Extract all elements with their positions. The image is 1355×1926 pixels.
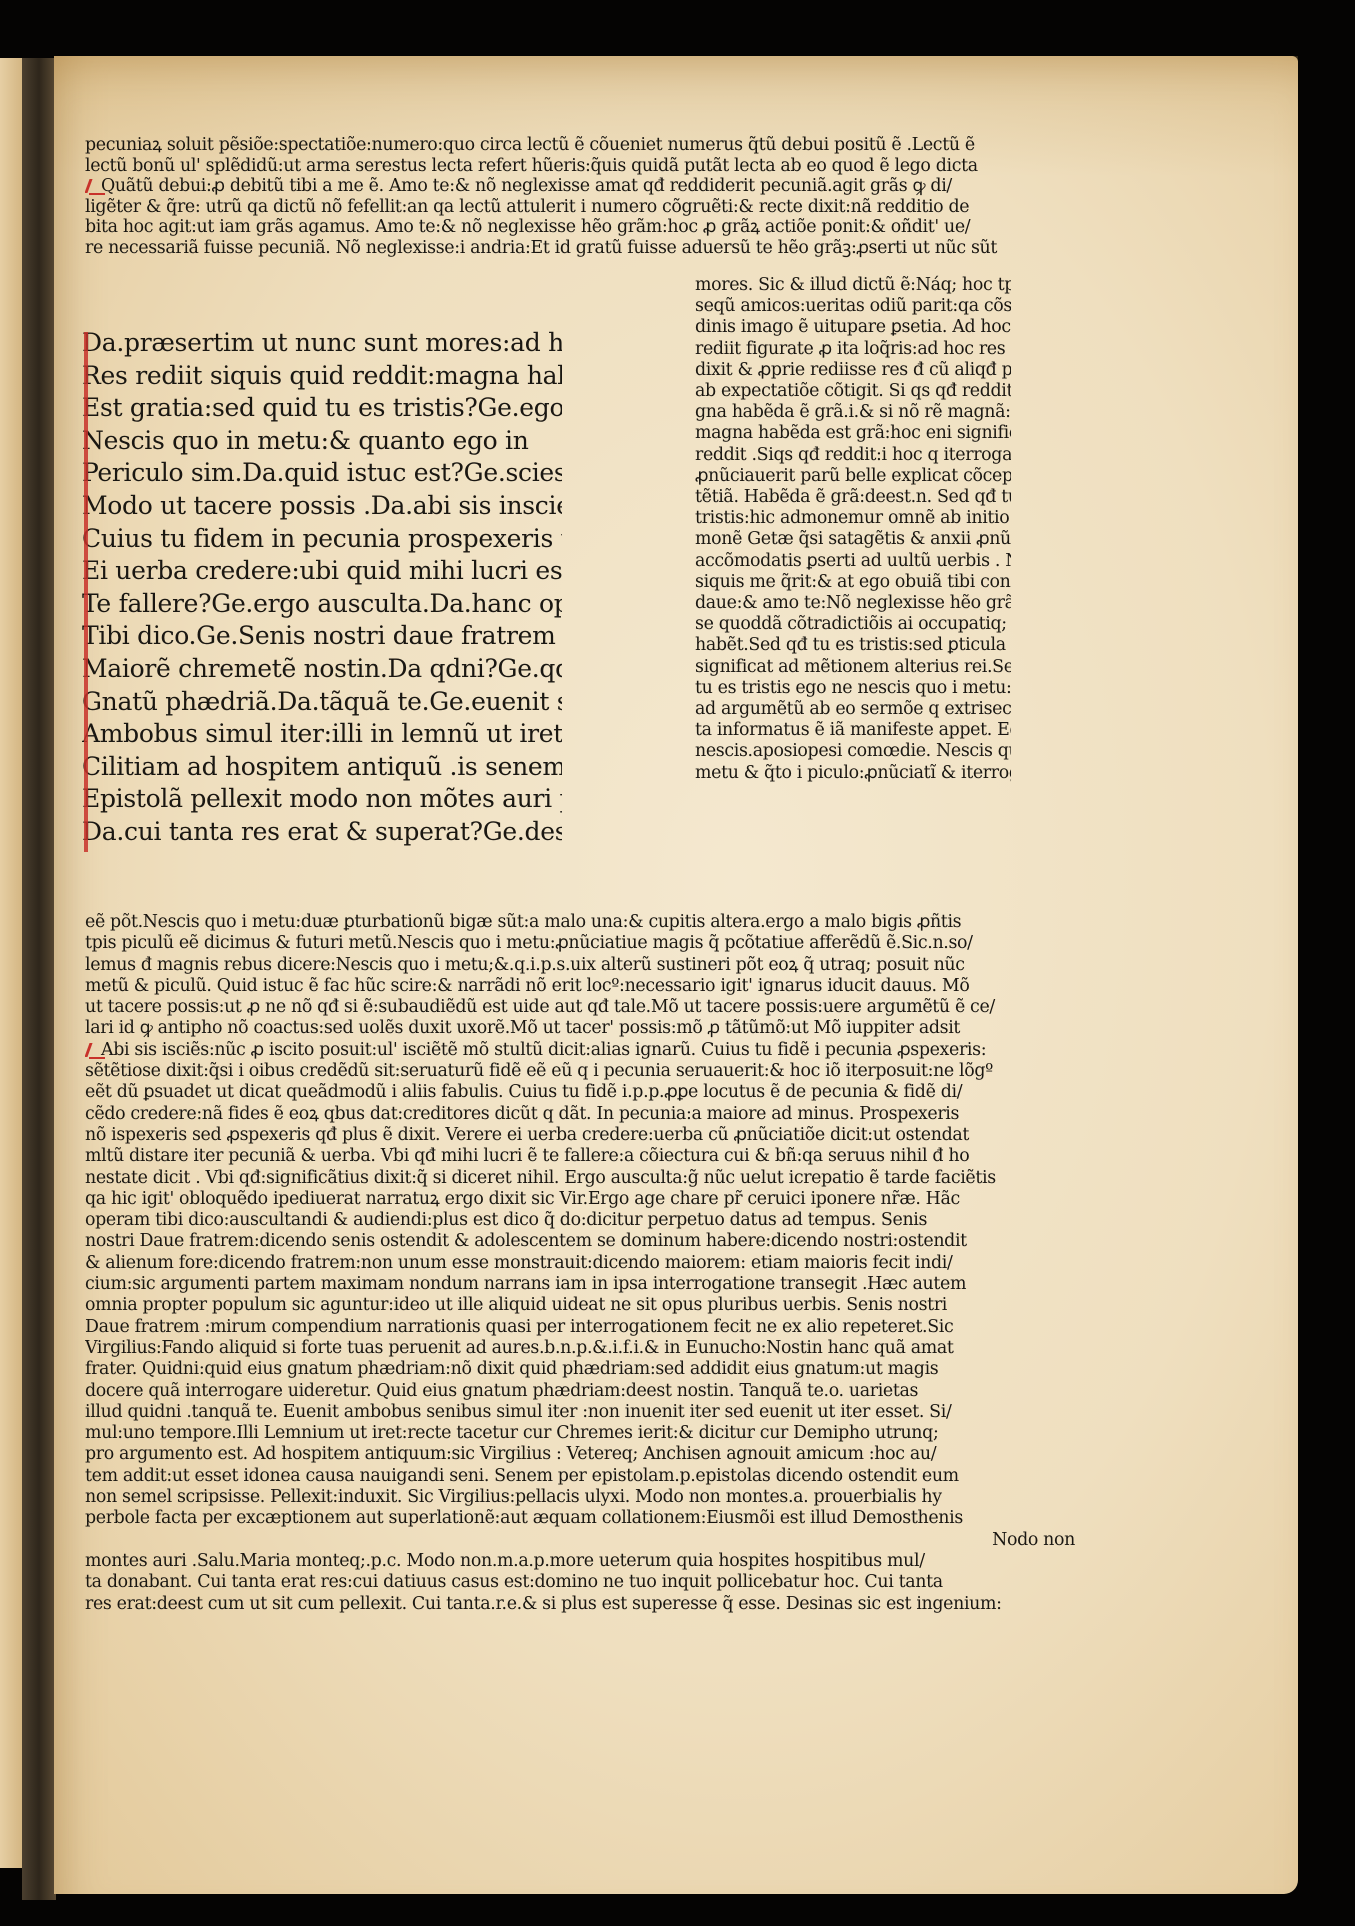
commentary-line: habẽt.Sed qđ tu es tristis:sed ꝑticula t…	[511, 635, 1011, 656]
commentary-line: ad argumẽtũ ab eo sermõe q extrisecº a p…	[511, 699, 1011, 720]
commentary-line: ꝓnũciauerit parũ belle explicat cõceptã …	[511, 466, 1011, 487]
verse-line: Res rediit siquis quid reddit:magna habe…	[82, 360, 562, 393]
verse-line: Periculo sim.Da.quid istuc est?Ge.scies	[82, 457, 562, 490]
commentary-line: perbole facta per excæptionem aut superl…	[85, 1508, 1085, 1529]
commentary-line: ligẽter & q̃re: utrũ qa dictũ nõ fefelli…	[85, 197, 1085, 218]
commentary-line: lectũ bonũ ul' splẽdidũ:ut arma serestus…	[85, 156, 1085, 177]
verse-line: Ambobus simul iter:illi in lemnũ ut iret…	[82, 718, 562, 751]
commentary-line: tpis piculũ eẽ dicimus & futuri metũ.Nes…	[85, 933, 1085, 954]
verse-line: Ei uerba credere:ubi quid mihi lucri est	[82, 555, 562, 588]
commentary-line: omnia propter populum sic aguntur:ideo u…	[85, 1295, 1085, 1316]
commentary-line: bita hoc agit:ut iam grãs agamus. Amo te…	[85, 217, 1085, 238]
commentary-line: metu & q̃to i piculo:ꝓnũciatĩ & iterroga…	[511, 763, 1011, 784]
commentary-line: se quoddã cõtradictiõis ai occupatiq; si…	[511, 614, 1011, 635]
commentary-line: lari id ꝙ antipho nõ coactus:sed uolẽs d…	[85, 1018, 1085, 1039]
verse-line: Epistolã pellexit modo non mõtes auri po…	[82, 783, 562, 816]
commentary-line: docere quã interrogare uideretur. Quid e…	[85, 1381, 1085, 1402]
commentary-right-column: mores. Sic & illud dictũ ẽ:Náq; hoc tpe …	[511, 275, 1011, 784]
commentary-line: nescis.aposiopesi comœdie. Nescis quo i	[511, 741, 1011, 762]
play-text-verse: Da.præsertim ut nunc sunt mores:ad hoc R…	[82, 327, 562, 849]
commentary-line: magna habẽda est grã:hoc eni significat …	[511, 423, 1011, 444]
commentary-line: siquis me q̃rit:& at ego obuiã tibi cona…	[511, 572, 1011, 593]
paragraph-mark-icon	[85, 179, 101, 193]
verse-line: Modo ut tacere possis .Da.abi sis inscie…	[82, 490, 562, 523]
commentary-line: nestate dicit . Vbi qđ:significãtius dix…	[85, 1168, 1085, 1189]
commentary-line: accõmodatis ꝑserti ad uultũ uerbis . Nã …	[511, 551, 1011, 572]
commentary-line: tem addit:ut esset idonea causa nauigand…	[85, 1466, 1085, 1487]
verse-line: Da.cui tanta res erat & superat?Ge.desin…	[82, 816, 562, 849]
commentary-line: frater. Quidni:quid eius gnatum phædriam…	[85, 1359, 1085, 1380]
commentary-line: Nodo non	[85, 1530, 1085, 1551]
commentary-line: Quãtũ debui:ꝓ debitũ tibi a me ẽ. Amo te…	[85, 176, 1085, 197]
commentary-line: mores. Sic & illud dictũ ẽ:Náq; hoc tpe …	[511, 275, 1011, 296]
commentary-line: gna habẽda ẽ grã.i.& si nõ rẽ magnã:tamẽ	[511, 402, 1011, 423]
verse-line: Nescis quo in metu:& quanto ego in	[82, 425, 562, 458]
commentary-line: pro argumento est. Ad hospitem antiquum:…	[85, 1444, 1085, 1465]
verse-line: Cuius tu fidem in pecunia prospexeris ue…	[82, 523, 562, 556]
commentary-line: dinis imago ẽ uitupare ꝑsetia. Ad hoc re…	[511, 317, 1011, 338]
binding-gutter	[22, 58, 56, 1900]
commentary-line: re necessariã fuisse pecuniã. Nõ neglexi…	[85, 238, 1085, 259]
commentary-line: ab expectatiõe cõtigit. Si qs qđ reddit …	[511, 381, 1011, 402]
verse-line: Tibi dico.Ge.Senis nostri daue fratrem	[82, 620, 562, 653]
commentary-line: qa hic igit' obloquẽdo ipediuerat narrat…	[85, 1189, 1085, 1210]
commentary-line: rediit figurate ꝓ ita loq̃ris:ad hoc res…	[511, 339, 1011, 360]
commentary-line: res erat:deest cum ut sit cum pellexit. …	[85, 1594, 1085, 1615]
commentary-line: seqũ amicos:ueritas odiũ parit:qa cõsuet…	[511, 296, 1011, 317]
commentary-line: eẽ põt.Nescis quo i metu:duæ ꝑturbationũ…	[85, 912, 1085, 933]
commentary-top: pecuniaꝝ soluit pẽsiõe:spectatiõe:numero…	[85, 135, 1085, 258]
commentary-line: Virgilius:Fando aliquid si forte tuas pe…	[85, 1338, 1085, 1359]
commentary-line: illud quidni .tanquã te. Euenit ambobus …	[85, 1402, 1085, 1423]
commentary-line: nostri Daue fratrem:dicendo senis ostend…	[85, 1231, 1085, 1252]
verse-line: Est gratia:sed quid tu es tristis?Ge.ego…	[82, 392, 562, 425]
commentary-line: Daue fratrem :mirum compendium narration…	[85, 1317, 1085, 1338]
commentary-line: pecuniaꝝ soluit pẽsiõe:spectatiõe:numero…	[85, 135, 1085, 156]
commentary-line: tẽtiã. Habẽda ẽ grã:deest.n. Sed qđ tu e…	[511, 487, 1011, 508]
commentary-line: mul:uno tempore.Illi Lemnium ut iret:rec…	[85, 1423, 1085, 1444]
commentary-line: operam tibi dico:auscultandi & audiendi:…	[85, 1210, 1085, 1231]
commentary-line: lemus đ magnis rebus dicere:Nescis quo i…	[85, 955, 1085, 976]
commentary-bottom: eẽ põt.Nescis quo i metu:duæ ꝑturbationũ…	[85, 912, 1085, 1615]
commentary-line: tristis:hic admonemur omnẽ ab initio ser…	[511, 508, 1011, 529]
commentary-line: non semel scripsisse. Pellexit:induxit. …	[85, 1487, 1085, 1508]
verse-line: Gnatũ phædriã.Da.tãquã te.Ge.euenit seni…	[82, 686, 562, 719]
commentary-line: & alienum fore:dicendo fratrem:non unum …	[85, 1253, 1085, 1274]
commentary-line: eẽt dũ ꝑsuadet ut dicat queãdmodũ i alii…	[85, 1082, 1085, 1103]
commentary-line: ut tacere possis:ut ꝓ ne nõ qđ si ẽ:suba…	[85, 997, 1085, 1018]
commentary-line: reddit .Siqs qđ reddit:i hoc q iterrogat…	[511, 445, 1011, 466]
facing-page-edge	[0, 58, 22, 1868]
verse-line: Cilitiam ad hospitem antiquũ .is senem p…	[82, 751, 562, 784]
verse-line: Te fallere?Ge.ergo ausculta.Da.hanc oper…	[82, 588, 562, 621]
commentary-line: daue:& amo te:Nõ neglexisse hẽo grãm:in	[511, 593, 1011, 614]
verse-line: Da.præsertim ut nunc sunt mores:ad hoc	[82, 327, 562, 360]
commentary-line: nõ ispexeris sed ꝓspexeris qđ plus ẽ dix…	[85, 1125, 1085, 1146]
commentary-line: monẽ Getæ q̃si satagẽtis & anxii ꝓnũciar…	[511, 529, 1011, 550]
verse-line: Maiorẽ chremetẽ nostin.Da qdni?Ge.qd?eiu…	[82, 653, 562, 686]
commentary-line: tu es tristis ego ne nescis quo i metu:d…	[511, 678, 1011, 699]
commentary-line: ta informatus ẽ iã manifeste appet. Ego …	[511, 720, 1011, 741]
rubrication-initial-stroke	[84, 332, 88, 852]
paragraph-mark-icon	[85, 1043, 101, 1057]
commentary-line: cẽdo credere:nã fides ẽ eoꝝ qbus dat:cre…	[85, 1104, 1085, 1125]
commentary-line: dixit & ꝓprie rediisse res đ cũ aliqđ pe…	[511, 360, 1011, 381]
commentary-line: significat ad mẽtionem alterius rei.Sed …	[511, 657, 1011, 678]
commentary-line: ta donabant. Cui tanta erat res:cui dati…	[85, 1572, 1085, 1593]
commentary-line: mltũ distare iter pecuniã & uerba. Vbi q…	[85, 1146, 1085, 1167]
commentary-line: cium:sic argumenti partem maximam nondum…	[85, 1274, 1085, 1295]
commentary-line: sẽtẽtiose dixit:q̃si i oibus credẽdũ sit…	[85, 1061, 1085, 1082]
commentary-line: montes auri .Salu.Maria monteq;.p.c. Mod…	[85, 1551, 1085, 1572]
commentary-line: Abi sis isciẽs:nũc ꝓ iscito posuit:ul' i…	[85, 1040, 1085, 1061]
commentary-line: metũ & piculũ. Quid istuc ẽ fac hũc scir…	[85, 976, 1085, 997]
